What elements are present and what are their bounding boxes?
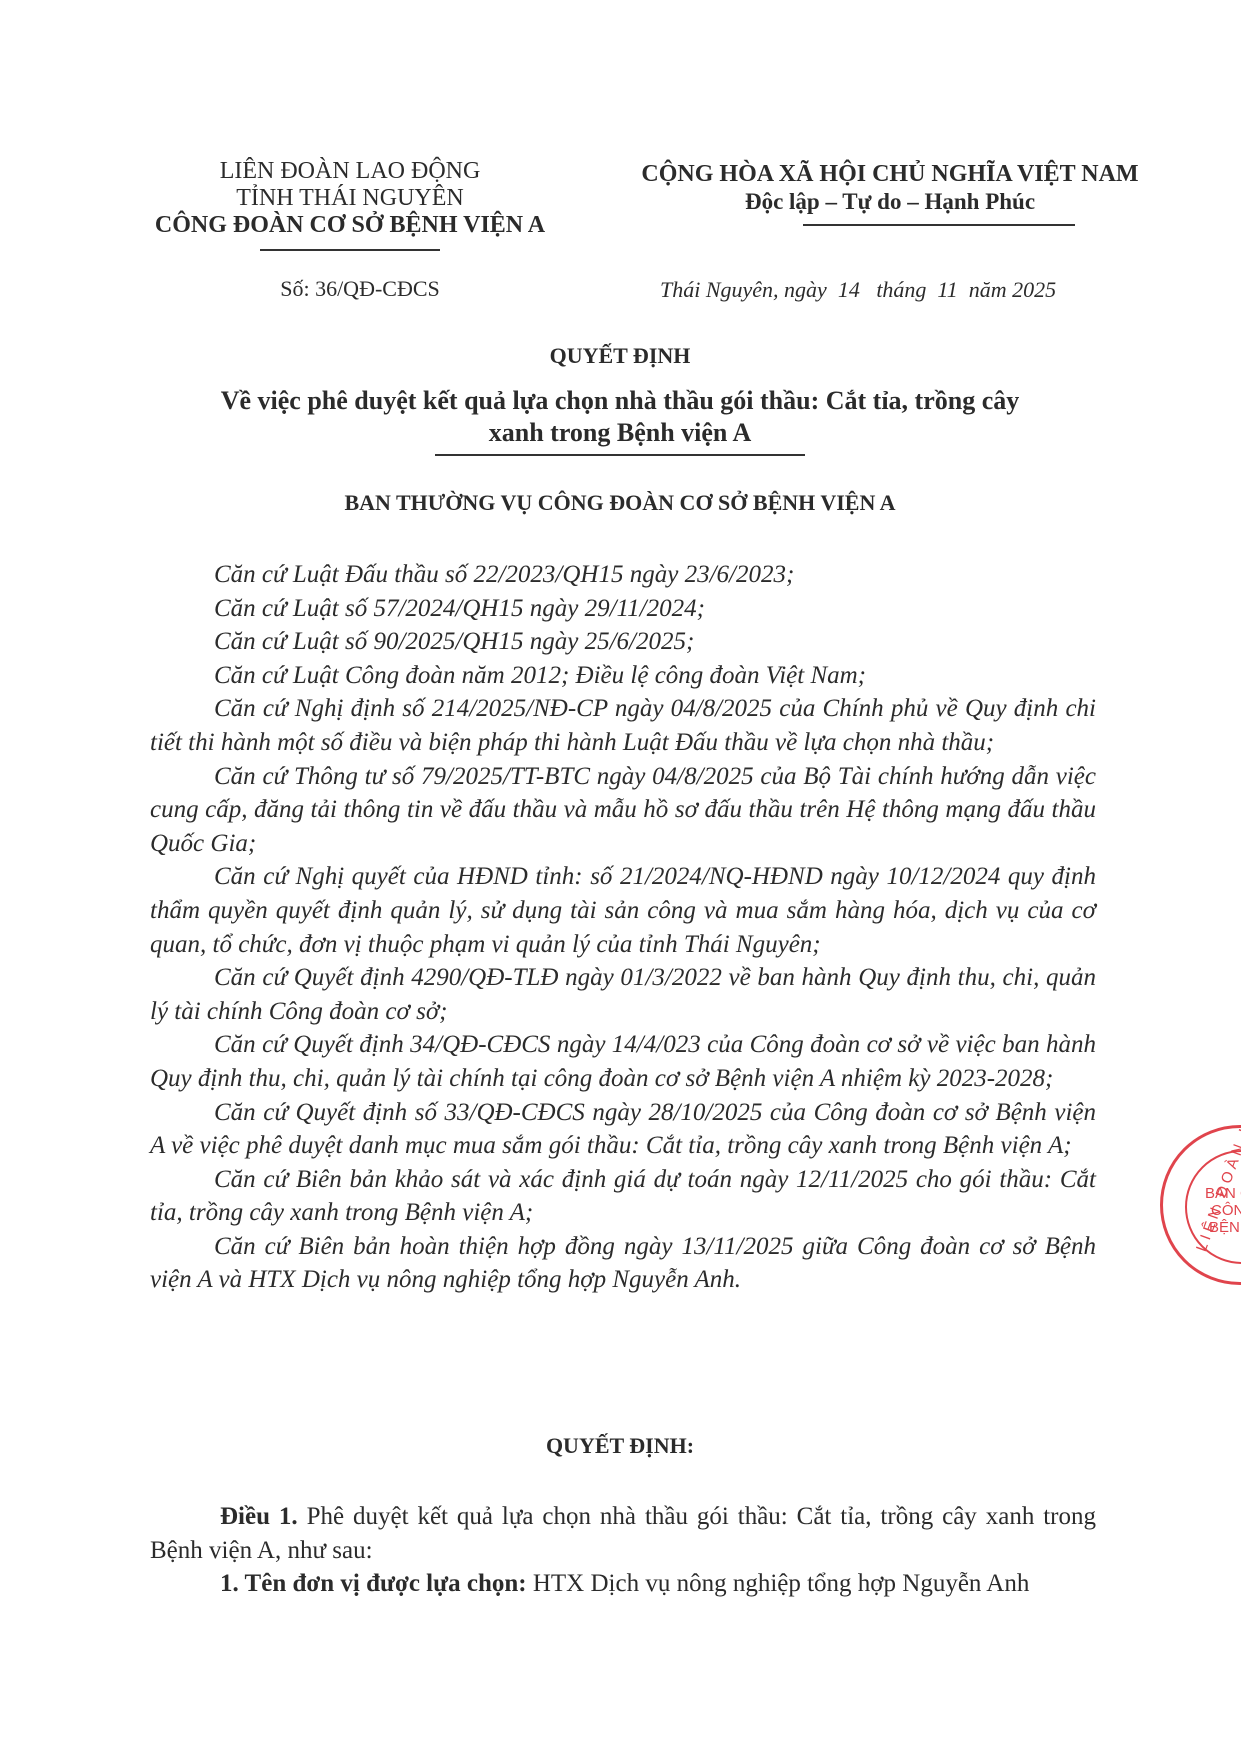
org-line-2: TỈNH THÁI NGUYÊN: [140, 185, 560, 212]
legal-basis-list: Căn cứ Luật Đấu thầu số 22/2023/QH15 ngà…: [150, 558, 1096, 1297]
document-title: QUYẾT ĐỊNH: [140, 343, 1100, 369]
issuing-organization: LIÊN ĐOÀN LAO ĐỘNG TỈNH THÁI NGUYÊN CÔNG…: [140, 158, 560, 251]
legal-basis-item: Căn cứ Nghị quyết của HĐND tỉnh: số 21/2…: [150, 860, 1096, 961]
legal-basis-item: Căn cứ Luật Công đoàn năm 2012; Điều lệ …: [150, 659, 1096, 693]
document-subject: Về việc phê duyệt kết quả lựa chọn nhà t…: [140, 385, 1100, 456]
legal-basis-item: Căn cứ Luật số 90/2025/QH15 ngày 25/6/20…: [150, 625, 1096, 659]
red-seal-stamp: LIÊN ĐOÀN LAO ĐỘ BAN C CÔN BỆNH: [1160, 1125, 1241, 1285]
legal-basis-item: Căn cứ Biên bản khảo sát và xác định giá…: [150, 1163, 1096, 1230]
legal-basis-item: Căn cứ Quyết định 4290/QĐ-TLĐ ngày 01/3/…: [150, 961, 1096, 1028]
document-date: Thái Nguyên, ngày 14 tháng 11 năm 2025: [660, 277, 1056, 303]
org-underline: [260, 249, 440, 251]
document-number: Số: 36/QĐ-CĐCS: [185, 276, 535, 302]
legal-basis-item: Căn cứ Luật Đấu thầu số 22/2023/QH15 ngà…: [150, 558, 1096, 592]
legal-basis-item: Căn cứ Biên bản hoàn thiện hợp đồng ngày…: [150, 1230, 1096, 1297]
article-1: Điều 1. Phê duyệt kết quả lựa chọn nhà t…: [150, 1500, 1096, 1601]
item-1-label: 1. Tên đơn vị được lựa chọn:: [220, 1570, 527, 1597]
stamp-center-text: BAN C CÔN BỆNH: [1205, 1185, 1241, 1236]
subject-line-1: Về việc phê duyệt kết quả lựa chọn nhà t…: [140, 385, 1100, 417]
subject-underline: [435, 454, 805, 456]
decision-heading: QUYẾT ĐỊNH:: [140, 1433, 1100, 1459]
stamp-line-3: BỆNH: [1205, 1219, 1241, 1236]
legal-basis-item: Căn cứ Quyết định 34/QĐ-CĐCS ngày 14/4/0…: [150, 1028, 1096, 1095]
article-1-label: Điều 1.: [220, 1503, 298, 1530]
stamp-line-2: CÔN: [1205, 1202, 1241, 1219]
org-line-1: LIÊN ĐOÀN LAO ĐỘNG: [140, 158, 560, 185]
issuing-council: BAN THƯỜNG VỤ CÔNG ĐOÀN CƠ SỞ BỆNH VIỆN …: [140, 490, 1100, 516]
legal-basis-item: Căn cứ Luật số 57/2024/QH15 ngày 29/11/2…: [150, 592, 1096, 626]
subject-line-2: xanh trong Bệnh viện A: [140, 417, 1100, 449]
legal-basis-item: Căn cứ Nghị định số 214/2025/NĐ-CP ngày …: [150, 692, 1096, 759]
org-line-3: CÔNG ĐOÀN CƠ SỞ BỆNH VIỆN A: [140, 212, 560, 239]
legal-basis-item: Căn cứ Quyết định số 33/QĐ-CĐCS ngày 28/…: [150, 1096, 1096, 1163]
country-name: CỘNG HÒA XÃ HỘI CHỦ NGHĨA VIỆT NAM: [600, 160, 1180, 188]
item-1-text: HTX Dịch vụ nông nghiệp tổng hợp Nguyễn …: [527, 1570, 1030, 1597]
stamp-line-1: BAN C: [1205, 1185, 1241, 1202]
legal-basis-item: Căn cứ Thông tư số 79/2025/TT-BTC ngày 0…: [150, 760, 1096, 861]
national-motto: CỘNG HÒA XÃ HỘI CHỦ NGHĨA VIỆT NAM Độc l…: [600, 160, 1180, 226]
motto-underline: [803, 224, 1075, 226]
motto: Độc lập – Tự do – Hạnh Phúc: [600, 188, 1180, 216]
article-1-item-1: 1. Tên đơn vị được lựa chọn: HTX Dịch vụ…: [150, 1567, 1096, 1601]
article-1-intro: Điều 1. Phê duyệt kết quả lựa chọn nhà t…: [150, 1500, 1096, 1567]
